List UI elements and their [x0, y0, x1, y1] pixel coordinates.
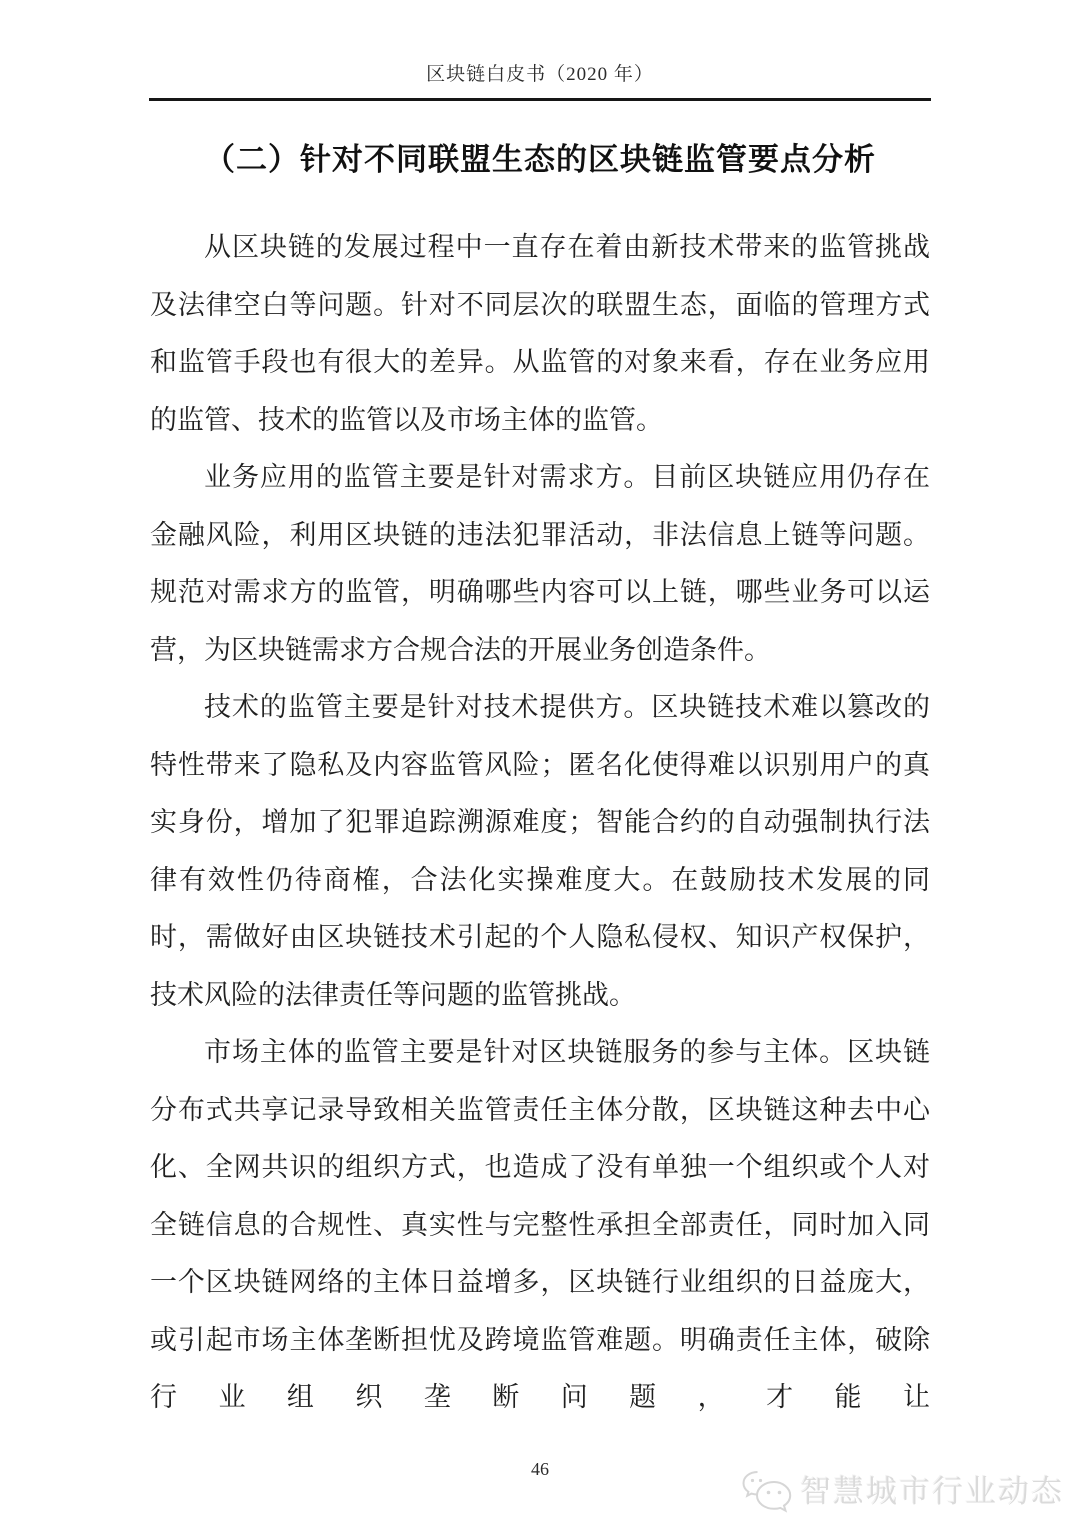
paragraph-4: 市场主体的监管主要是针对区块链服务的参与主体。区块链分布式共享记录导致相关监管责…	[150, 1024, 930, 1427]
wechat-icon	[740, 1468, 794, 1516]
paragraph-1: 从区块链的发展过程中一直存在着由新技术带来的监管挑战及法律空白等问题。针对不同层…	[150, 219, 930, 449]
header-divider	[149, 98, 931, 101]
document-page: 区块链白皮书（2020 年） （二）针对不同联盟生态的区块链监管要点分析 从区块…	[0, 0, 1080, 1528]
paragraph-2: 业务应用的监管主要是针对需求方。目前区块链应用仍存在金融风险，利用区块链的违法犯…	[150, 449, 930, 679]
watermark: 智慧城市行业动态	[740, 1468, 1064, 1516]
paragraph-3: 技术的监管主要是针对技术提供方。区块链技术难以篡改的特性带来了隐私及内容监管风险…	[150, 679, 930, 1024]
section-heading: （二）针对不同联盟生态的区块链监管要点分析	[150, 137, 930, 183]
watermark-text: 智慧城市行业动态	[800, 1472, 1064, 1512]
body-text: 从区块链的发展过程中一直存在着由新技术带来的监管挑战及法律空白等问题。针对不同层…	[150, 219, 930, 1427]
running-header-title: 区块链白皮书（2020 年）	[0, 0, 1080, 86]
